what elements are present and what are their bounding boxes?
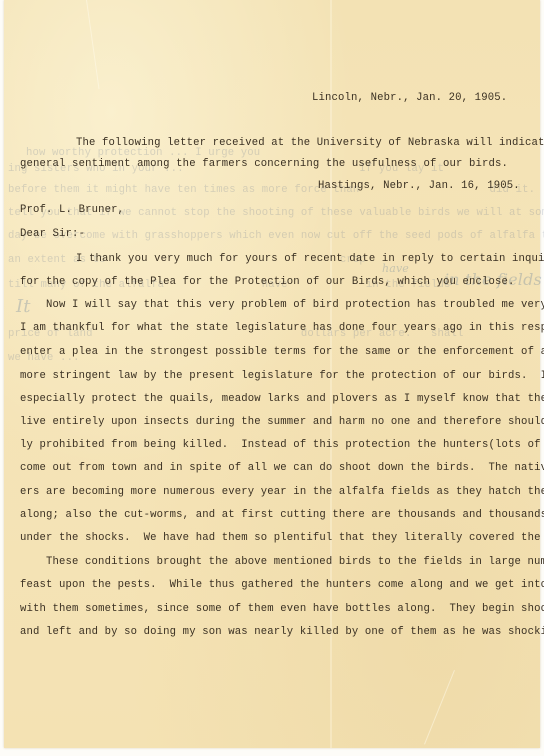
letter-recipient: Prof. L. Bruner, — [20, 204, 124, 216]
typed-text-layer: Lincoln, Nebr., Jan. 20, 1905. The follo… — [4, 0, 540, 748]
letter-page: how worthy protection ... I urge you ing… — [4, 0, 540, 748]
paragraph-line: under the shocks. We have had them so pl… — [20, 532, 544, 544]
paragraph-line: ers are becoming more numerous every yea… — [20, 486, 544, 498]
paragraph-line: with them sometimes, since some of them … — [20, 603, 544, 615]
paragraph-line: Now I will say that this very problem of… — [46, 299, 544, 311]
paragraph-line: I thank you very much for yours of recen… — [76, 253, 544, 265]
intro-line: The following letter received at the Uni… — [76, 137, 544, 149]
paragraph-line: and left and by so doing my son was near… — [20, 626, 544, 638]
paragraph-line: feast upon the pests. While thus gathere… — [20, 579, 544, 591]
paragraph-line: come out from town and in spite of all w… — [20, 462, 544, 474]
letter-salutation: Dear Sir:- — [20, 228, 85, 240]
paragraph-line: enter a plea in the strongest possible t… — [20, 346, 544, 358]
paragraph-line: live entirely upon insects during the su… — [20, 416, 544, 428]
header-date: Lincoln, Nebr., Jan. 20, 1905. — [312, 92, 507, 104]
paragraph-line: I am thankful for what the state legisla… — [20, 322, 544, 334]
paragraph-line: for the copy of the Plea for the Protect… — [20, 276, 515, 288]
paragraph-line: especially protect the quails, meadow la… — [20, 393, 544, 405]
paragraph-line: ly prohibited from being killed. Instead… — [20, 439, 544, 451]
intro-line: general sentiment among the farmers conc… — [20, 158, 508, 170]
paragraph-line: These conditions brought the above menti… — [46, 556, 544, 568]
letter-place-date: Hastings, Nebr., Jan. 16, 1905. — [318, 180, 520, 192]
paragraph-line: more stringent law by the present legisl… — [20, 370, 544, 382]
paragraph-line: along; also the cut-worms, and at first … — [20, 509, 544, 521]
